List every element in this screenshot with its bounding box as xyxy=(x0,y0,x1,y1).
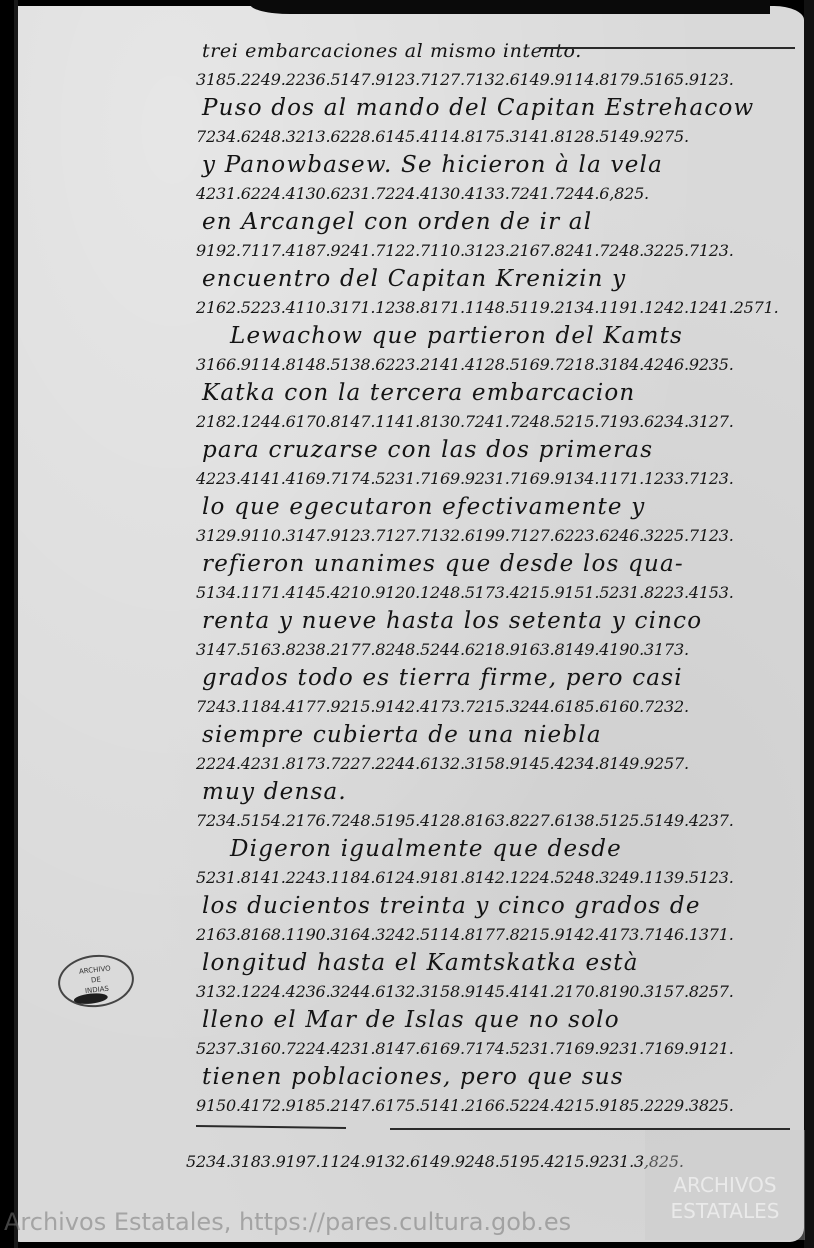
cipher-line: 3132.1224.4236.3244.6132.3158.9145.4141.… xyxy=(196,978,806,1005)
cipher-line: 4223.4141.4169.7174.5231.7169.9231.7169.… xyxy=(196,465,806,492)
text-line: siempre cubierta de una niebla xyxy=(196,720,806,750)
text-line: Puso dos al mando del Capitan Estrehacow xyxy=(196,93,806,123)
cipher-line: 2182.1244.6170.8147.1141.8130.7241.7248.… xyxy=(196,408,806,435)
closing-cipher-line: 5234.3183.9197.1124.9132.6149.9248.5195.… xyxy=(186,1148,684,1175)
text-line: Katka con la tercera embarcacion xyxy=(196,378,806,408)
text-line: en Arcangel con orden de ir al xyxy=(196,207,806,237)
text-line: grados todo es tierra firme, pero casi xyxy=(196,663,806,693)
manuscript-body: trei embarcaciones al mismo intento. 318… xyxy=(196,36,806,1119)
text-line: longitud hasta el Kamtskatka està xyxy=(196,948,806,978)
text-line: los ducientos treinta y cinco grados de xyxy=(196,891,806,921)
text-line: lleno el Mar de Islas que no solo xyxy=(196,1005,806,1035)
text-line: para cruzarse con las dos primeras xyxy=(196,435,806,465)
cipher-line: 2224.4231.8173.7227.2244.6132.3158.9145.… xyxy=(196,750,806,777)
text-line: y Panowbasew. Se hicieron à la vela xyxy=(196,150,806,180)
text-line: muy densa. xyxy=(196,777,806,807)
text-line: lo que egecutaron efectivamente y xyxy=(196,492,806,522)
archive-logo-watermark: ARCHIVOS ESTATALES xyxy=(645,1130,805,1240)
title-line: trei embarcaciones al mismo intento. xyxy=(196,36,806,66)
cipher-line: 7234.6248.3213.6228.6145.4114.8175.3141.… xyxy=(196,123,806,150)
cipher-line: 2162.5223.4110.3171.1238.8171.1148.5119.… xyxy=(196,294,806,321)
cipher-line: 3185.2249.2236.5147.9123.7127.7132.6149.… xyxy=(196,66,806,93)
cipher-line: 9150.4172.9185.2147.6175.5141.2166.5224.… xyxy=(196,1092,806,1119)
cipher-line: 3166.9114.8148.5138.6223.2141.4128.5169.… xyxy=(196,351,806,378)
text-line: refieron unanimes que desde los qua- xyxy=(196,549,806,579)
source-watermark: Archivos Estatales, https://pares.cultur… xyxy=(4,1208,571,1236)
cipher-line: 9192.7117.4187.9241.7122.7110.3123.2167.… xyxy=(196,237,806,264)
cipher-line: 2163.8168.1190.3164.3242.5114.8177.8215.… xyxy=(196,921,806,948)
text-line: Lewachow que partieron del Kamts xyxy=(196,321,806,351)
cipher-line: 4231.6224.4130.6231.7224.4130.4133.7241.… xyxy=(196,180,806,207)
text-line: Digeron igualmente que desde xyxy=(196,834,806,864)
cipher-line: 5134.1171.4145.4210.9120.1248.5173.4215.… xyxy=(196,579,806,606)
text-line: tienen poblaciones, pero que sus xyxy=(196,1062,806,1092)
cipher-line: 5231.8141.2243.1184.6124.9181.8142.1224.… xyxy=(196,864,806,891)
text-line: renta y nueve hasta los setenta y cinco xyxy=(196,606,806,636)
title-flourish-rule xyxy=(540,47,795,49)
text-line: encuentro del Capitan Krenizin y xyxy=(196,264,806,294)
cipher-line: 3147.5163.8238.2177.8248.5244.6218.9163.… xyxy=(196,636,806,663)
cipher-line: 3129.9110.3147.9123.7127.7132.6199.7127.… xyxy=(196,522,806,549)
cipher-line: 5237.3160.7224.4231.8147.6169.7174.5231.… xyxy=(196,1035,806,1062)
logo-line-2: ESTATALES xyxy=(645,1198,805,1224)
cipher-line: 7234.5154.2176.7248.5195.4128.8163.8227.… xyxy=(196,807,806,834)
logo-line-1: ARCHIVOS xyxy=(645,1172,805,1198)
page-left-edge xyxy=(14,0,18,1248)
cipher-line: 7243.1184.4177.9215.9142.4173.7215.3244.… xyxy=(196,693,806,720)
page-top-shadow xyxy=(250,0,770,14)
